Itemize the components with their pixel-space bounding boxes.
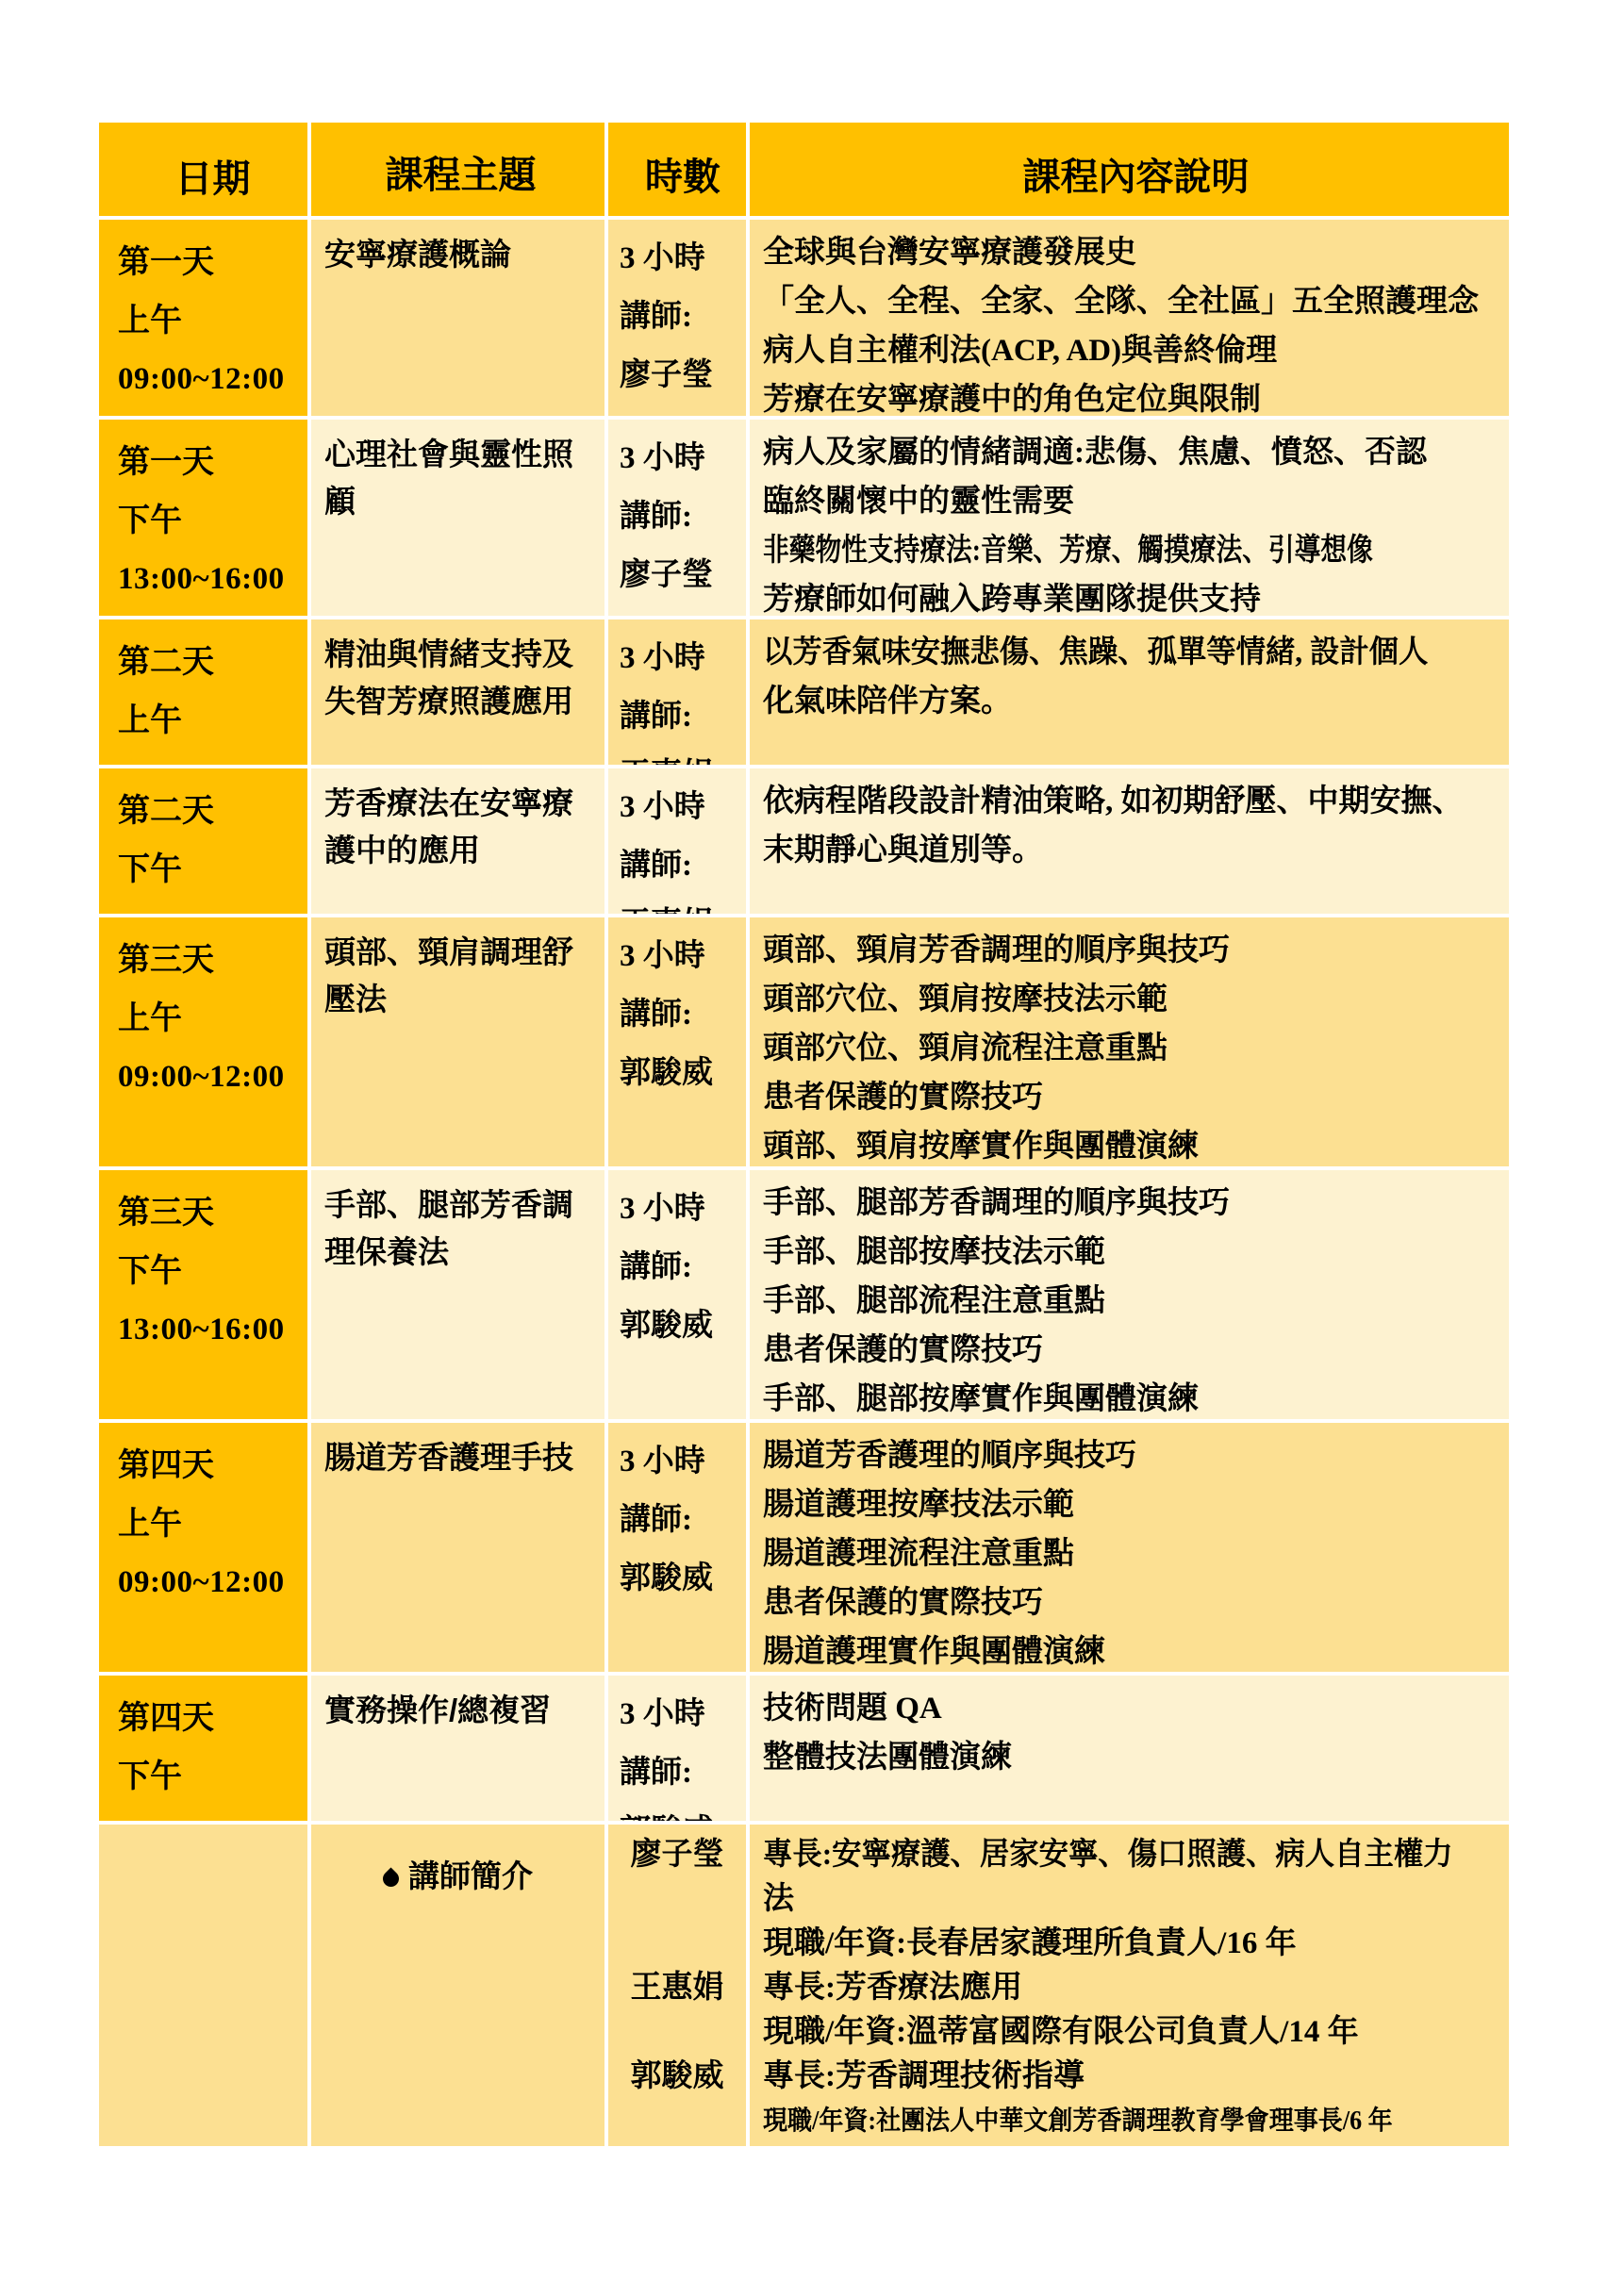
text-line: 講師: [620, 1491, 746, 1549]
text-line: 王惠娟 [620, 895, 746, 917]
text-line: 3 小時 [620, 1685, 746, 1743]
lecturer-names-cell: 廖子瑩 王惠娟 郭駿威 [608, 1825, 750, 2150]
topic-cell: 精油與情緒支持及失智芳療照護應用 [311, 619, 608, 768]
text-line: 現職/年資:溫蒂富國際有限公司負責人/14 年 [763, 2010, 1509, 2055]
topic-cell: 芳香療法在安寧療護中的應用 [311, 768, 608, 917]
header-hours: 時數 [608, 123, 750, 220]
header-row: 日期 課程主題 時數 課程內容說明 [99, 123, 1509, 220]
text-line: 第四天 [118, 1436, 307, 1495]
text-line: 法 [763, 1877, 1509, 1922]
topic-label: 手部、腿部芳香調理保養法 [324, 1187, 573, 1269]
header-date: 日期 [99, 123, 311, 220]
text-line: 頭部、頸肩按摩實作與團體演練 [763, 1122, 1509, 1170]
topic-label: 實務操作/總複習 [324, 1693, 551, 1727]
text-line: 第一天 [118, 433, 307, 491]
text-line: 13:00~16:00 [118, 1300, 307, 1359]
text-line: 09:00~12:00 [118, 1048, 307, 1106]
text-line: 第四天 [118, 1689, 307, 1747]
text-line: 13:00~16:00 [118, 899, 307, 917]
content-cell: 腸道芳香護理的順序與技巧腸道護理按摩技法示範腸道護理流程注意重點患者保護的實際技… [750, 1423, 1509, 1676]
topic-cell: 手部、腿部芳香調理保養法 [311, 1170, 608, 1423]
text-line: 病人及家屬的情緒調適:悲傷、焦慮、憤怒、否認 [763, 428, 1509, 477]
date-cell: 第三天下午13:00~16:00 [99, 1170, 311, 1423]
text-line: 上午 [118, 1495, 307, 1553]
content-cell: 專長:安寧療護、居家安寧、傷口照護、病人自主權力法現職/年資:長春居家護理所負責… [750, 1825, 1509, 2150]
lecturer-name: 王惠娟 [608, 1966, 746, 2010]
text-line: 3 小時 [620, 629, 746, 687]
text-line: 非藥物性支持療法:音樂、芳療、觸摸療法、引導想像 [763, 526, 1389, 575]
topic-label: 安寧療護概論 [324, 237, 511, 272]
hours-cell: 3 小時講師:郭駿威 [608, 1676, 750, 1825]
hours-cell: 3 小時講師:郭駿威 [608, 1423, 750, 1676]
text-line: 臨終關懷中的靈性需要 [763, 477, 1509, 526]
text-line: 09:00~12:00 [118, 350, 307, 408]
topic-label: 腸道芳香護理手技 [324, 1440, 573, 1475]
text-line: 上午 [118, 691, 307, 750]
text-line: 以芳香氣味安撫悲傷、焦躁、孤單等情緒, 設計個人 [763, 628, 1471, 677]
table-row: 第四天下午13:00~16:00 實務操作/總複習 3 小時講師:郭駿威 技術問… [99, 1676, 1509, 1825]
text-line: 手部、腿部芳香調理的順序與技巧 [763, 1179, 1509, 1228]
date-cell: 第一天下午13:00~16:00 [99, 420, 311, 619]
text-line: 下午 [118, 840, 307, 899]
text-line: 頭部穴位、頸肩流程注意重點 [763, 1024, 1509, 1073]
text-line: 講師: [620, 985, 746, 1044]
text-line: 講師: [620, 487, 746, 546]
content-cell: 技術問題 QA整體技法團體演練 [750, 1676, 1509, 1825]
text-line: 化氣味陪伴方案。 [763, 677, 1509, 726]
table-row: 第四天上午09:00~12:00 腸道芳香護理手技 3 小時講師:郭駿威 腸道芳… [99, 1423, 1509, 1676]
lecturer-name: 郭駿威 [608, 2055, 746, 2099]
text-line: 郭駿威 [620, 1297, 746, 1355]
lecturer-name: 廖子瑩 [608, 1833, 746, 1877]
header-date-label: 日期 [175, 149, 251, 203]
text-line: 13:00~16:00 [118, 1806, 307, 1825]
text-line: 下午 [118, 491, 307, 550]
date-cell: 第四天上午09:00~12:00 [99, 1423, 311, 1676]
text-line: 專長:芳香調理技術指導 [763, 2055, 1509, 2099]
text-line: 整體技法團體演練 [763, 1733, 1509, 1782]
date-cell: 第一天上午09:00~12:00 [99, 220, 311, 420]
topic-cell: 實務操作/總複習 [311, 1676, 608, 1825]
content-cell: 頭部、頸肩芳香調理的順序與技巧頭部穴位、頸肩按摩技法示範頭部穴位、頸肩流程注意重… [750, 917, 1509, 1170]
table-row: 第一天上午09:00~12:00 安寧療護概論 3 小時講師:廖子瑩 全球與台灣… [99, 220, 1509, 420]
topic-cell: 腸道芳香護理手技 [311, 1423, 608, 1676]
text-line: 3 小時 [620, 927, 746, 985]
text-line: 現職/年資:社團法人中華文創芳香調理教育學會理事長/6 年 [763, 2099, 1457, 2143]
topic-cell: 頭部、頸肩調理舒壓法 [311, 917, 608, 1170]
hours-cell: 3 小時講師:郭駿威 [608, 917, 750, 1170]
text-line: 手部、腿部按摩技法示範 [763, 1228, 1509, 1277]
text-line: 09:00~12:00 [118, 1553, 307, 1611]
text-line: 13:00~16:00 [118, 550, 307, 608]
text-line: 病人自主權利法(ACP, AD)與善終倫理 [763, 326, 1509, 375]
text-line: 郭駿威 [620, 1549, 746, 1608]
header-topic-label: 課程主題 [386, 152, 537, 199]
droplet-icon [379, 1867, 402, 1890]
text-line: 手部、腿部流程注意重點 [763, 1277, 1509, 1326]
topic-cell: 講師簡介 [311, 1825, 608, 2150]
text-line: 頭部穴位、頸肩按摩技法示範 [763, 975, 1509, 1024]
text-line: 患者保護的實際技巧 [763, 1073, 1509, 1122]
topic-cell: 心理社會與靈性照顧 [311, 420, 608, 619]
text-line: 頭部、頸肩芳香調理的順序與技巧 [763, 926, 1509, 975]
hours-cell: 3 小時講師:王惠娟 [608, 768, 750, 917]
text-line: 講師: [620, 836, 746, 895]
date-cell-empty [99, 1825, 311, 2150]
text-line: 3 小時 [620, 1432, 746, 1491]
text-line: 腸道芳香護理的順序與技巧 [763, 1431, 1509, 1480]
text-line: 郭駿威 [620, 1802, 746, 1825]
text-line: 第二天 [118, 782, 307, 840]
course-schedule-table: 日期 課程主題 時數 課程內容說明 第一天上午09:00~12:00 安寧療護概… [99, 123, 1509, 2150]
text-line: 手部、腿部按摩實作與團體演練 [763, 1375, 1509, 1423]
topic-label: 芳香療法在安寧療護中的應用 [324, 785, 573, 867]
topic-label: 頭部、頸肩調理舒壓法 [324, 934, 573, 1016]
text-line: 郭駿威 [620, 1044, 746, 1102]
date-cell: 第三天上午09:00~12:00 [99, 917, 311, 1170]
table-row: 第三天上午09:00~12:00 頭部、頸肩調理舒壓法 3 小時講師:郭駿威 頭… [99, 917, 1509, 1170]
text-line: 專長:芳香療法應用 [763, 1966, 1509, 2010]
header-topic: 課程主題 [311, 123, 608, 220]
text-line: 廖子瑩 [620, 346, 746, 405]
table-row: 第三天下午13:00~16:00 手部、腿部芳香調理保養法 3 小時講師:郭駿威… [99, 1170, 1509, 1423]
text-line: 3 小時 [620, 778, 746, 836]
text-line: 講師: [620, 687, 746, 746]
header-hours-label: 時數 [645, 147, 720, 201]
content-cell: 全球與台灣安寧療護發展史「全人、全程、全家、全隊、全社區」五全照護理念病人自主權… [750, 220, 1509, 420]
content-cell: 依病程階段設計精油策略, 如初期舒壓、中期安撫、末期靜心與道別等。 [750, 768, 1509, 917]
text-line: 下午 [118, 1242, 307, 1300]
text-line: 患者保護的實際技巧 [763, 1578, 1509, 1627]
hours-cell: 3 小時講師:郭駿威 [608, 1170, 750, 1423]
text-line: 芳療在安寧療護中的角色定位與限制 [763, 375, 1509, 420]
header-content-label: 課程內容說明 [1023, 147, 1250, 201]
text-line: 上午 [118, 291, 307, 350]
lecturer-intro-title: 講師簡介 [408, 1858, 533, 1893]
text-line: 王惠娟 [620, 746, 746, 768]
hours-cell: 3 小時講師:王惠娟 [608, 619, 750, 768]
text-line: 講師: [620, 1743, 746, 1802]
text-line: 全球與台灣安寧療護發展史 [763, 228, 1509, 277]
date-cell: 第二天上午09:00~12:00 [99, 619, 311, 768]
text-line: 技術問題 QA [763, 1684, 1509, 1733]
text-line: 專長:安寧療護、居家安寧、傷口照護、病人自主權力 [763, 1833, 1471, 1877]
content-cell: 手部、腿部芳香調理的順序與技巧手部、腿部按摩技法示範手部、腿部流程注意重點患者保… [750, 1170, 1509, 1423]
lecturer-intro-row: 講師簡介 廖子瑩 王惠娟 郭駿威 專長:安寧療護、居家安寧、傷口照護、病人自主權… [99, 1825, 1509, 2150]
text-line: 講師: [620, 288, 746, 346]
text-line: 現職/年資:長春居家護理所負責人/16 年 [763, 1922, 1509, 1966]
text-line: 患者保護的實際技巧 [763, 1326, 1509, 1375]
text-line: 「全人、全程、全家、全隊、全社區」五全照護理念 [763, 277, 1509, 326]
text-line: 廖子瑩 [620, 546, 746, 604]
text-line: 腸道護理按摩技法示範 [763, 1480, 1509, 1529]
topic-label: 心理社會與靈性照顧 [324, 437, 573, 519]
content-cell: 以芳香氣味安撫悲傷、焦躁、孤單等情緒, 設計個人化氣味陪伴方案。 [750, 619, 1509, 768]
text-line: 講師: [620, 1238, 746, 1297]
topic-cell: 安寧療護概論 [311, 220, 608, 420]
text-line: 第三天 [118, 931, 307, 989]
text-line: 第三天 [118, 1183, 307, 1242]
hours-cell: 3 小時講師:廖子瑩 [608, 420, 750, 619]
text-line: 09:00~12:00 [118, 750, 307, 768]
text-line: 下午 [118, 1747, 307, 1806]
header-content: 課程內容說明 [750, 123, 1509, 220]
date-cell: 第四天下午13:00~16:00 [99, 1676, 311, 1825]
text-line: 依病程階段設計精油策略, 如初期舒壓、中期安撫、 [763, 777, 1509, 826]
text-line: 末期靜心與道別等。 [763, 826, 1509, 875]
date-cell: 第二天下午13:00~16:00 [99, 768, 311, 917]
content-cell: 病人及家屬的情緒調適:悲傷、焦慮、憤怒、否認臨終關懷中的靈性需要非藥物性支持療法… [750, 420, 1509, 619]
text-line: 芳療師如何融入跨專業團隊提供支持 [763, 575, 1509, 619]
topic-label: 精油與情緒支持及失智芳療照護應用 [324, 636, 573, 719]
text-line: 腸道護理流程注意重點 [763, 1529, 1509, 1578]
text-line: 第二天 [118, 633, 307, 691]
text-line: 3 小時 [620, 1180, 746, 1238]
hours-cell: 3 小時講師:廖子瑩 [608, 220, 750, 420]
table-row: 第二天下午13:00~16:00 芳香療法在安寧療護中的應用 3 小時講師:王惠… [99, 768, 1509, 917]
text-line: 3 小時 [620, 429, 746, 487]
table-row: 第二天上午09:00~12:00 精油與情緒支持及失智芳療照護應用 3 小時講師… [99, 619, 1509, 768]
text-line: 腸道護理實作與團體演練 [763, 1627, 1509, 1676]
text-line: 第一天 [118, 233, 307, 291]
text-line: 上午 [118, 989, 307, 1048]
text-line: 3 小時 [620, 229, 746, 288]
table-row: 第一天下午13:00~16:00 心理社會與靈性照顧 3 小時講師:廖子瑩 病人… [99, 420, 1509, 619]
